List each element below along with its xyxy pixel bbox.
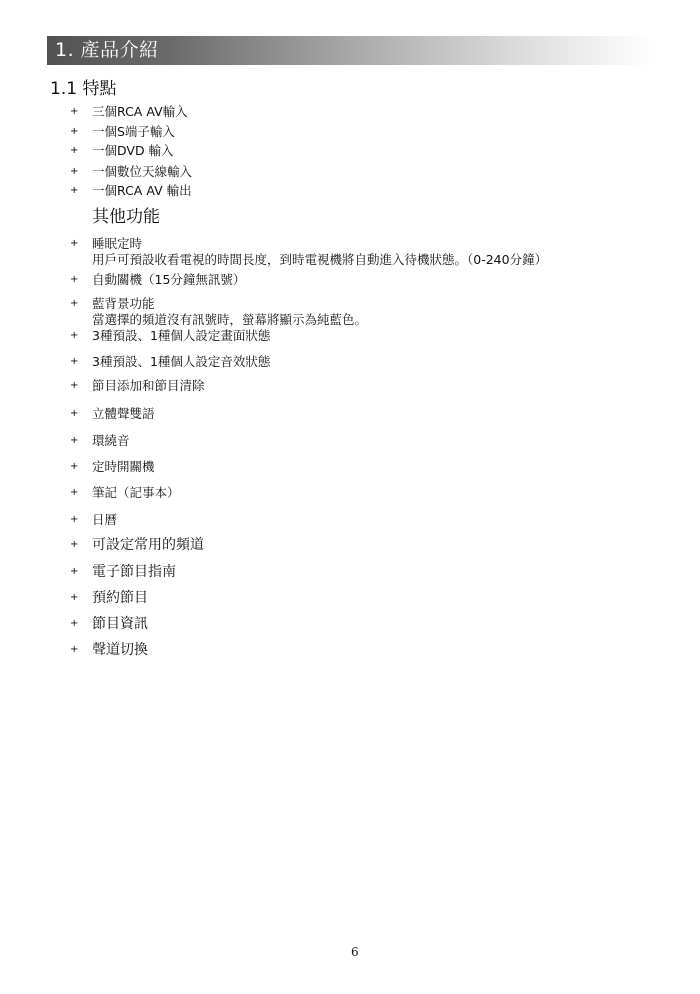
bullet-icon: + [70, 564, 82, 580]
list-item-text: 節目資訊 [92, 616, 148, 632]
list-item-text: 定時開關機 [92, 459, 155, 475]
list-item-text: 立體聲雙語 [92, 406, 155, 422]
bullet-icon: + [70, 124, 82, 140]
list-item-text: 節目添加和節目清除 [92, 378, 205, 394]
bullet-icon: + [70, 512, 82, 528]
list-item-text: 自動關機（15分鐘無訊號） [92, 272, 245, 288]
bullet-icon: + [70, 143, 82, 159]
list-item-text: 預約節目 [92, 590, 148, 606]
list-item-text: 一個數位天線輸入 [92, 164, 192, 180]
bullet-icon: + [70, 328, 82, 344]
list-item-detail: 當選擇的頻道沒有訊號時，螢幕將顯示為純藍色。 [92, 312, 367, 328]
bullet-icon: + [70, 642, 82, 658]
other-features-heading: 其他功能 [92, 206, 160, 228]
chapter-title: 1. 產品介紹 [55, 38, 159, 63]
bullet-icon: + [70, 354, 82, 370]
list-item-text: 三個RCA AV輸入 [92, 104, 188, 120]
list-item-text: 聲道切換 [92, 642, 148, 658]
bullet-icon: + [70, 183, 82, 199]
list-item-text: 環繞音 [92, 433, 130, 449]
bullet-icon: + [70, 537, 82, 553]
list-item-text: 一個RCA AV 輸出 [92, 183, 192, 199]
bullet-icon: + [70, 616, 82, 632]
list-item-text: 睡眠定時 [92, 236, 142, 252]
bullet-icon: + [70, 272, 82, 288]
list-item-text: 一個DVD 輸入 [92, 143, 174, 159]
bullet-icon: + [70, 164, 82, 180]
bullet-icon: + [70, 485, 82, 501]
list-item-text: 一個S端子輸入 [92, 124, 175, 140]
page-number: 6 [351, 945, 359, 959]
bullet-icon: + [70, 296, 82, 312]
list-item-text: 3種預設、1種個人設定畫面狀態 [92, 328, 270, 344]
list-item-text: 電子節目指南 [92, 564, 176, 580]
list-item-text: 藍背景功能 [92, 296, 155, 312]
bullet-icon: + [70, 433, 82, 449]
bullet-icon: + [70, 104, 82, 120]
list-item-text: 日曆 [92, 512, 117, 528]
bullet-icon: + [70, 406, 82, 422]
bullet-icon: + [70, 590, 82, 606]
list-item-text: 筆記（記事本） [92, 485, 180, 501]
chapter-header-bar: 1. 產品介紹 [47, 36, 653, 65]
section-title: 1.1 特點 [50, 78, 116, 100]
bullet-icon: + [70, 378, 82, 394]
list-item-text: 3種預設、1種個人設定音效狀態 [92, 354, 270, 370]
list-item-text: 可設定常用的頻道 [92, 537, 204, 553]
bullet-icon: + [70, 236, 82, 252]
list-item-detail: 用戶可預設收看電視的時間長度，到時電視機將自動進入待機狀態。（0-240分鐘） [92, 252, 547, 268]
bullet-icon: + [70, 459, 82, 475]
